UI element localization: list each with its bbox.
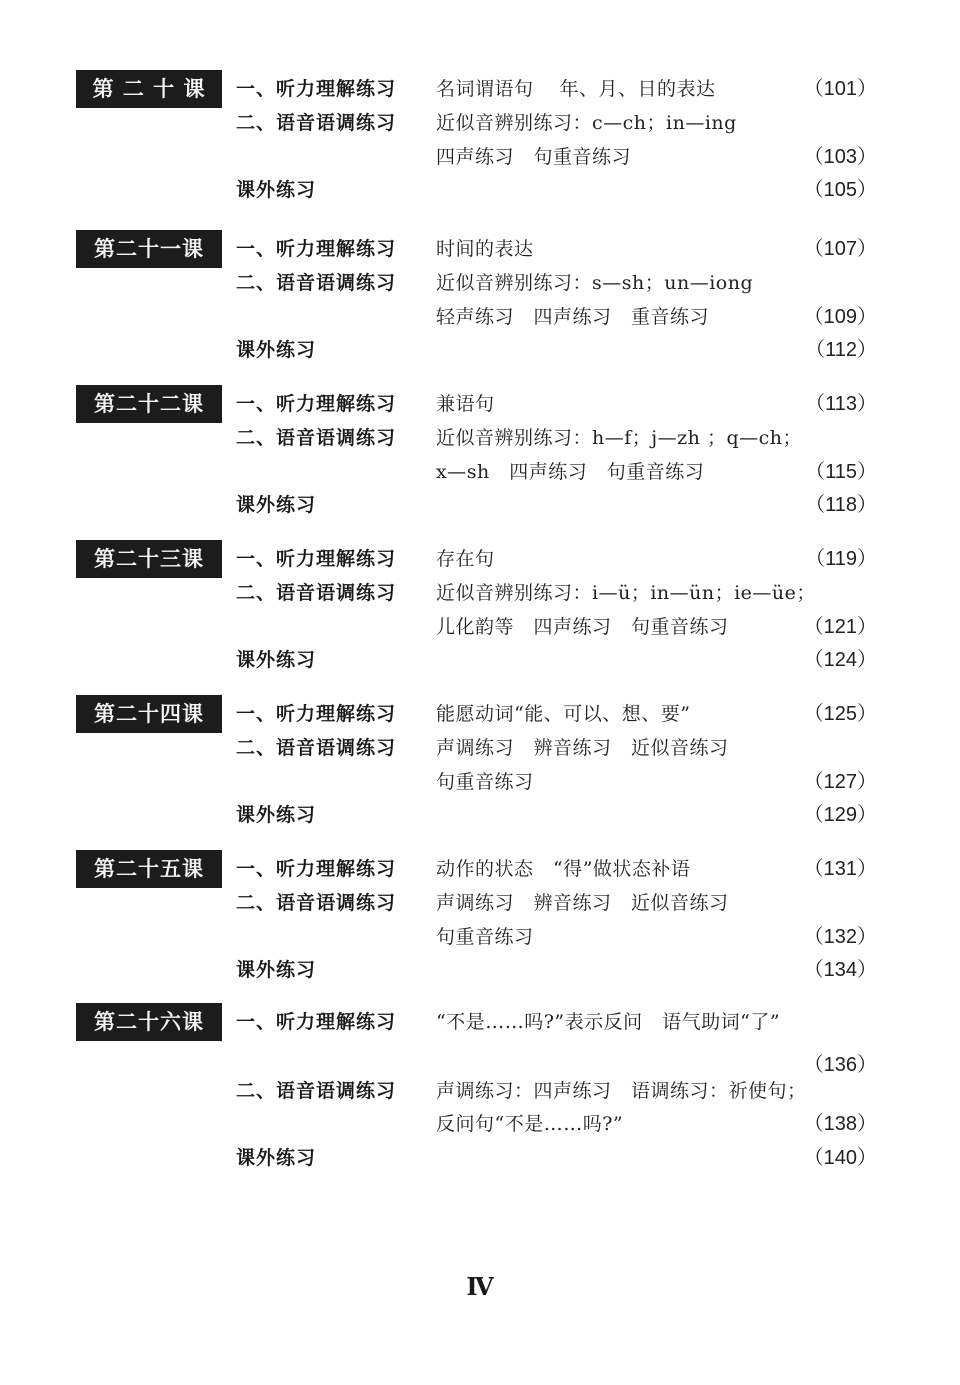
section-label: 一、听力理解练习 — [236, 387, 396, 421]
section-label: 课外练习 — [236, 333, 316, 367]
section-label: 一、听力理解练习 — [236, 852, 396, 886]
page-number: （103） — [804, 140, 877, 174]
page-number: （118） — [805, 488, 877, 522]
page-number: （132） — [804, 920, 877, 954]
section-label: 二、语音语调练习 — [236, 421, 396, 455]
topic-text: 反问句“不是……吗?” — [436, 1107, 623, 1141]
topic-text: 兼语句 — [436, 387, 495, 421]
page-number: （121） — [804, 610, 877, 644]
section-label: 课外练习 — [236, 1141, 316, 1175]
toc-row: 一、听力理解练习 能愿动词“能、可以、想、要” （125） — [0, 697, 960, 731]
topic-text: 声调练习：四声练习 语调练习：祈使句； — [436, 1074, 807, 1108]
toc-row: 课外练习 （129） — [0, 798, 960, 832]
page-number: （138） — [804, 1107, 877, 1141]
toc-row: 轻声练习 四声练习 重音练习 （109） — [0, 300, 960, 334]
topic-text: 名词谓语句 年、月、日的表达 — [436, 72, 716, 106]
page-number: （127） — [804, 765, 877, 799]
topic-text: 近似音辨别练习：h—f；j—zh ；q—ch； — [436, 421, 802, 455]
page-number: （109） — [804, 300, 877, 334]
topic-text: 句重音练习 — [436, 920, 534, 954]
page-number: （107） — [804, 232, 877, 266]
topic-text: 句重音练习 — [436, 765, 534, 799]
section-label: 一、听力理解练习 — [236, 72, 396, 106]
section-label: 二、语音语调练习 — [236, 886, 396, 920]
section-label: 二、语音语调练习 — [236, 731, 396, 765]
page-number: （105） — [804, 173, 877, 207]
section-label: 课外练习 — [236, 173, 316, 207]
topic-text: 轻声练习 四声练习 重音练习 — [436, 300, 709, 334]
toc-row: 课外练习 （118） — [0, 488, 960, 522]
toc-row: x—sh 四声练习 句重音练习 （115） — [0, 455, 960, 489]
topic-text: 能愿动词“能、可以、想、要” — [436, 697, 690, 731]
section-label: 课外练习 — [236, 643, 316, 677]
section-label: 一、听力理解练习 — [236, 232, 396, 266]
page-number: （140） — [804, 1141, 877, 1175]
toc-row: 二、语音语调练习 近似音辨别练习：i—ü；in—ün；ie—üe； — [0, 576, 960, 610]
toc-row: 句重音练习 （127） — [0, 765, 960, 799]
page-number: （115） — [805, 455, 877, 489]
toc-row: 一、听力理解练习 “不是……吗?”表示反问 语气助词“了” — [0, 1005, 960, 1039]
topic-text: 近似音辨别练习：s—sh；un—iong — [436, 266, 753, 300]
topic-text: 儿化韵等 四声练习 句重音练习 — [436, 610, 729, 644]
toc-row: 反问句“不是……吗?” （138） — [0, 1107, 960, 1141]
toc-row: 一、听力理解练习 时间的表达 （107） — [0, 232, 960, 266]
toc-row: 课外练习 （112） — [0, 333, 960, 367]
section-label: 一、听力理解练习 — [236, 542, 396, 576]
page-number: （119） — [805, 542, 877, 576]
section-label: 二、语音语调练习 — [236, 266, 396, 300]
page-number: （101） — [804, 72, 877, 106]
topic-text: 四声练习 句重音练习 — [436, 140, 631, 174]
toc-row: 二、语音语调练习 近似音辨别练习：c—ch；in—ing — [0, 106, 960, 140]
toc-row: 一、听力理解练习 动作的状态 “得”做状态补语 （131） — [0, 852, 960, 886]
section-label: 课外练习 — [236, 488, 316, 522]
page-number: （134） — [804, 953, 877, 987]
toc-row: 二、语音语调练习 近似音辨别练习：s—sh；un—iong — [0, 266, 960, 300]
topic-text: 时间的表达 — [436, 232, 534, 266]
toc-row: 句重音练习 （132） — [0, 920, 960, 954]
topic-text: 动作的状态 “得”做状态补语 — [436, 852, 690, 886]
section-label: 二、语音语调练习 — [236, 106, 396, 140]
page-number: （113） — [805, 387, 877, 421]
toc-row: 课外练习 （105） — [0, 173, 960, 207]
toc-row: 二、语音语调练习 声调练习 辨音练习 近似音练习 — [0, 731, 960, 765]
topic-text: 近似音辨别练习：i—ü；in—ün；ie—üe； — [436, 576, 816, 610]
toc-row: 四声练习 句重音练习 （103） — [0, 140, 960, 174]
page-number: （131） — [804, 852, 877, 886]
roman-page-number: Ⅳ — [0, 1272, 960, 1301]
section-label: 课外练习 — [236, 953, 316, 987]
section-label: 二、语音语调练习 — [236, 576, 396, 610]
topic-text: “不是……吗?”表示反问 语气助词“了” — [436, 1005, 780, 1039]
toc-row: 二、语音语调练习 近似音辨别练习：h—f；j—zh ；q—ch； — [0, 421, 960, 455]
page-number: （129） — [804, 798, 877, 832]
topic-text: 声调练习 辨音练习 近似音练习 — [436, 886, 729, 920]
toc-row: 二、语音语调练习 声调练习 辨音练习 近似音练习 — [0, 886, 960, 920]
toc-row: 课外练习 （140） — [0, 1141, 960, 1175]
topic-text: x—sh 四声练习 句重音练习 — [436, 455, 704, 489]
toc-row: 一、听力理解练习 名词谓语句 年、月、日的表达 （101） — [0, 72, 960, 106]
toc-row: 课外练习 （134） — [0, 953, 960, 987]
section-label: 一、听力理解练习 — [236, 1005, 396, 1039]
page-number: （112） — [805, 333, 877, 367]
page-number: （125） — [804, 697, 877, 731]
topic-text: 存在句 — [436, 542, 495, 576]
section-label: 二、语音语调练习 — [236, 1074, 396, 1108]
topic-text: 近似音辨别练习：c—ch；in—ing — [436, 106, 737, 140]
section-label: 一、听力理解练习 — [236, 697, 396, 731]
toc-row: 课外练习 （124） — [0, 643, 960, 677]
toc-row: 儿化韵等 四声练习 句重音练习 （121） — [0, 610, 960, 644]
toc-row: 二、语音语调练习 声调练习：四声练习 语调练习：祈使句； — [0, 1074, 960, 1108]
toc-row: 一、听力理解练习 存在句 （119） — [0, 542, 960, 576]
topic-text: 声调练习 辨音练习 近似音练习 — [436, 731, 729, 765]
toc-row: 一、听力理解练习 兼语句 （113） — [0, 387, 960, 421]
page-number: （124） — [804, 643, 877, 677]
section-label: 课外练习 — [236, 798, 316, 832]
